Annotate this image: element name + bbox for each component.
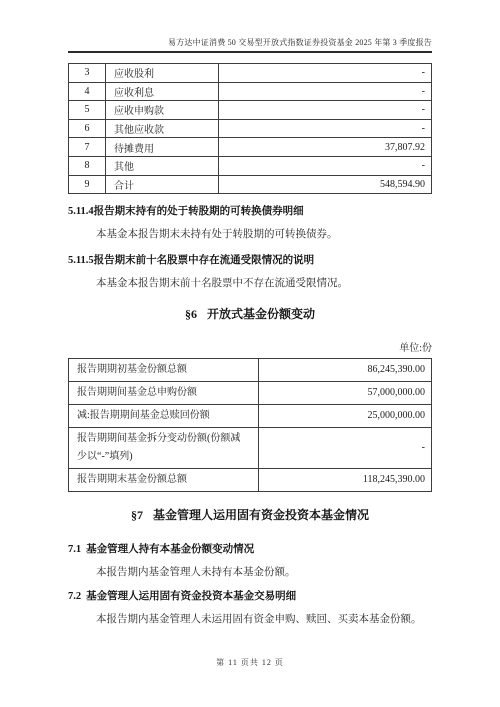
chapter-6-title: 开放式基金份额变动 [207, 307, 315, 321]
row-label-cell: 报告期期末基金份额总额 [69, 469, 259, 492]
table-row: 报告期期间基金总申购份额 57,000,000.00 [69, 382, 432, 405]
row-value-cell: - [219, 64, 432, 83]
share-change-table-body: 报告期期初基金份额总额 86,245,390.00 报告期期间基金总申购份额 5… [69, 359, 432, 492]
row-label-cell: 报告期期间基金拆分变动份额(份额减少以“-”填列) [69, 428, 259, 469]
row-value-cell: 25,000,000.00 [259, 405, 432, 428]
section-5-11-5-body: 本基金本报告期末前十名股票中不存在流通受限情况。 [68, 275, 432, 290]
table-row: 6 其他应收款 - [69, 119, 432, 138]
table-row: 减:报告期期间基金总赎回份额 25,000,000.00 [69, 405, 432, 428]
page-content: 易方达中证消费 50 交易型开放式指数证券投资基金 2025 年第 3 季度报告… [68, 0, 432, 626]
row-value-cell: 37,807.92 [219, 138, 432, 157]
row-label-cell: 应收利息 [106, 82, 219, 101]
row-label-cell: 减:报告期期间基金总赎回份额 [69, 405, 259, 428]
unit-label: 单位:份 [68, 339, 432, 354]
table-row: 5 应收申购款 - [69, 101, 432, 120]
chapter-7-number: §7 [131, 508, 143, 522]
table-row: 报告期期末基金份额总额 118,245,390.00 [69, 469, 432, 492]
row-value-cell: 57,000,000.00 [259, 382, 432, 405]
row-label-cell: 其他 [106, 156, 219, 175]
row-label-cell: 报告期期间基金总申购份额 [69, 382, 259, 405]
report-page: 易方达中证消费 50 交易型开放式指数证券投资基金 2025 年第 3 季度报告… [0, 0, 500, 707]
section-7-2-body: 本报告期内基金管理人未运用固有资金申购、赎回、买卖本基金份额。 [68, 611, 432, 626]
row-label-cell: 应收申购款 [106, 101, 219, 120]
section-7-1-heading: 7.1基金管理人持有本基金份额变动情况 [68, 541, 432, 556]
row-value-cell: - [259, 428, 432, 469]
section-7-2-title: 基金管理人运用固有资金投资本基金交易明细 [86, 591, 296, 602]
row-label-cell: 报告期期初基金份额总额 [69, 359, 259, 382]
section-5-11-4-body: 本基金本报告期末未持有处于转股期的可转换债券。 [68, 226, 432, 241]
row-label-cell: 合计 [106, 175, 219, 194]
table-row: 8 其他 - [69, 156, 432, 175]
table-row: 报告期期间基金拆分变动份额(份额减少以“-”填列) - [69, 428, 432, 469]
table-row: 报告期期初基金份额总额 86,245,390.00 [69, 359, 432, 382]
row-number-cell: 3 [69, 64, 106, 83]
row-number-cell: 9 [69, 175, 106, 194]
chapter-7-title: 基金管理人运用固有资金投资本基金情况 [153, 508, 369, 522]
row-number-cell: 8 [69, 156, 106, 175]
chapter-6-number: §6 [185, 307, 197, 321]
row-number-cell: 7 [69, 138, 106, 157]
table-row: 3 应收股利 - [69, 64, 432, 83]
share-change-table: 报告期期初基金份额总额 86,245,390.00 报告期期间基金总申购份额 5… [68, 358, 432, 492]
row-label-cell: 待摊费用 [106, 138, 219, 157]
row-value-cell: 548,594.90 [219, 175, 432, 194]
row-number-cell: 4 [69, 82, 106, 101]
running-header-title: 易方达中证消费 50 交易型开放式指数证券投资基金 2025 年第 3 季度报告 [68, 37, 432, 53]
receivables-table-body: 3 应收股利 - 4 应收利息 - 5 应收申购款 - [69, 64, 432, 194]
row-value-cell: - [219, 156, 432, 175]
section-7-1-body: 本报告期内基金管理人未持有本基金份额。 [68, 564, 432, 579]
section-7-2-heading: 7.2基金管理人运用固有资金投资本基金交易明细 [68, 588, 432, 603]
row-value-cell: - [219, 82, 432, 101]
section-7-1-title: 基金管理人持有本基金份额变动情况 [86, 544, 254, 555]
table-row: 4 应收利息 - [69, 82, 432, 101]
section-7-1-number: 7.1 [68, 544, 81, 555]
table-row: 9 合计 548,594.90 [69, 175, 432, 194]
row-value-cell: - [219, 119, 432, 138]
receivables-table: 3 应收股利 - 4 应收利息 - 5 应收申购款 - [68, 63, 432, 194]
table-row: 7 待摊费用 37,807.92 [69, 138, 432, 157]
section-7-2-number: 7.2 [68, 591, 81, 602]
row-value-cell: 86,245,390.00 [259, 359, 432, 382]
row-value-cell: - [219, 101, 432, 120]
row-label-cell: 其他应收款 [106, 119, 219, 138]
row-label-cell: 应收股利 [106, 64, 219, 83]
section-5-11-4-heading: 5.11.4报告期末持有的处于转股期的可转换债券明细 [68, 203, 432, 218]
page-number-footer: 第 11 页共 12 页 [0, 657, 500, 668]
row-number-cell: 5 [69, 101, 106, 120]
chapter-7-heading: §7基金管理人运用固有资金投资本基金情况 [68, 506, 432, 523]
row-number-cell: 6 [69, 119, 106, 138]
section-5-11-5-heading: 5.11.5报告期末前十名股票中存在流通受限情况的说明 [68, 252, 432, 267]
row-value-cell: 118,245,390.00 [259, 469, 432, 492]
chapter-6-heading: §6开放式基金份额变动 [68, 305, 432, 322]
